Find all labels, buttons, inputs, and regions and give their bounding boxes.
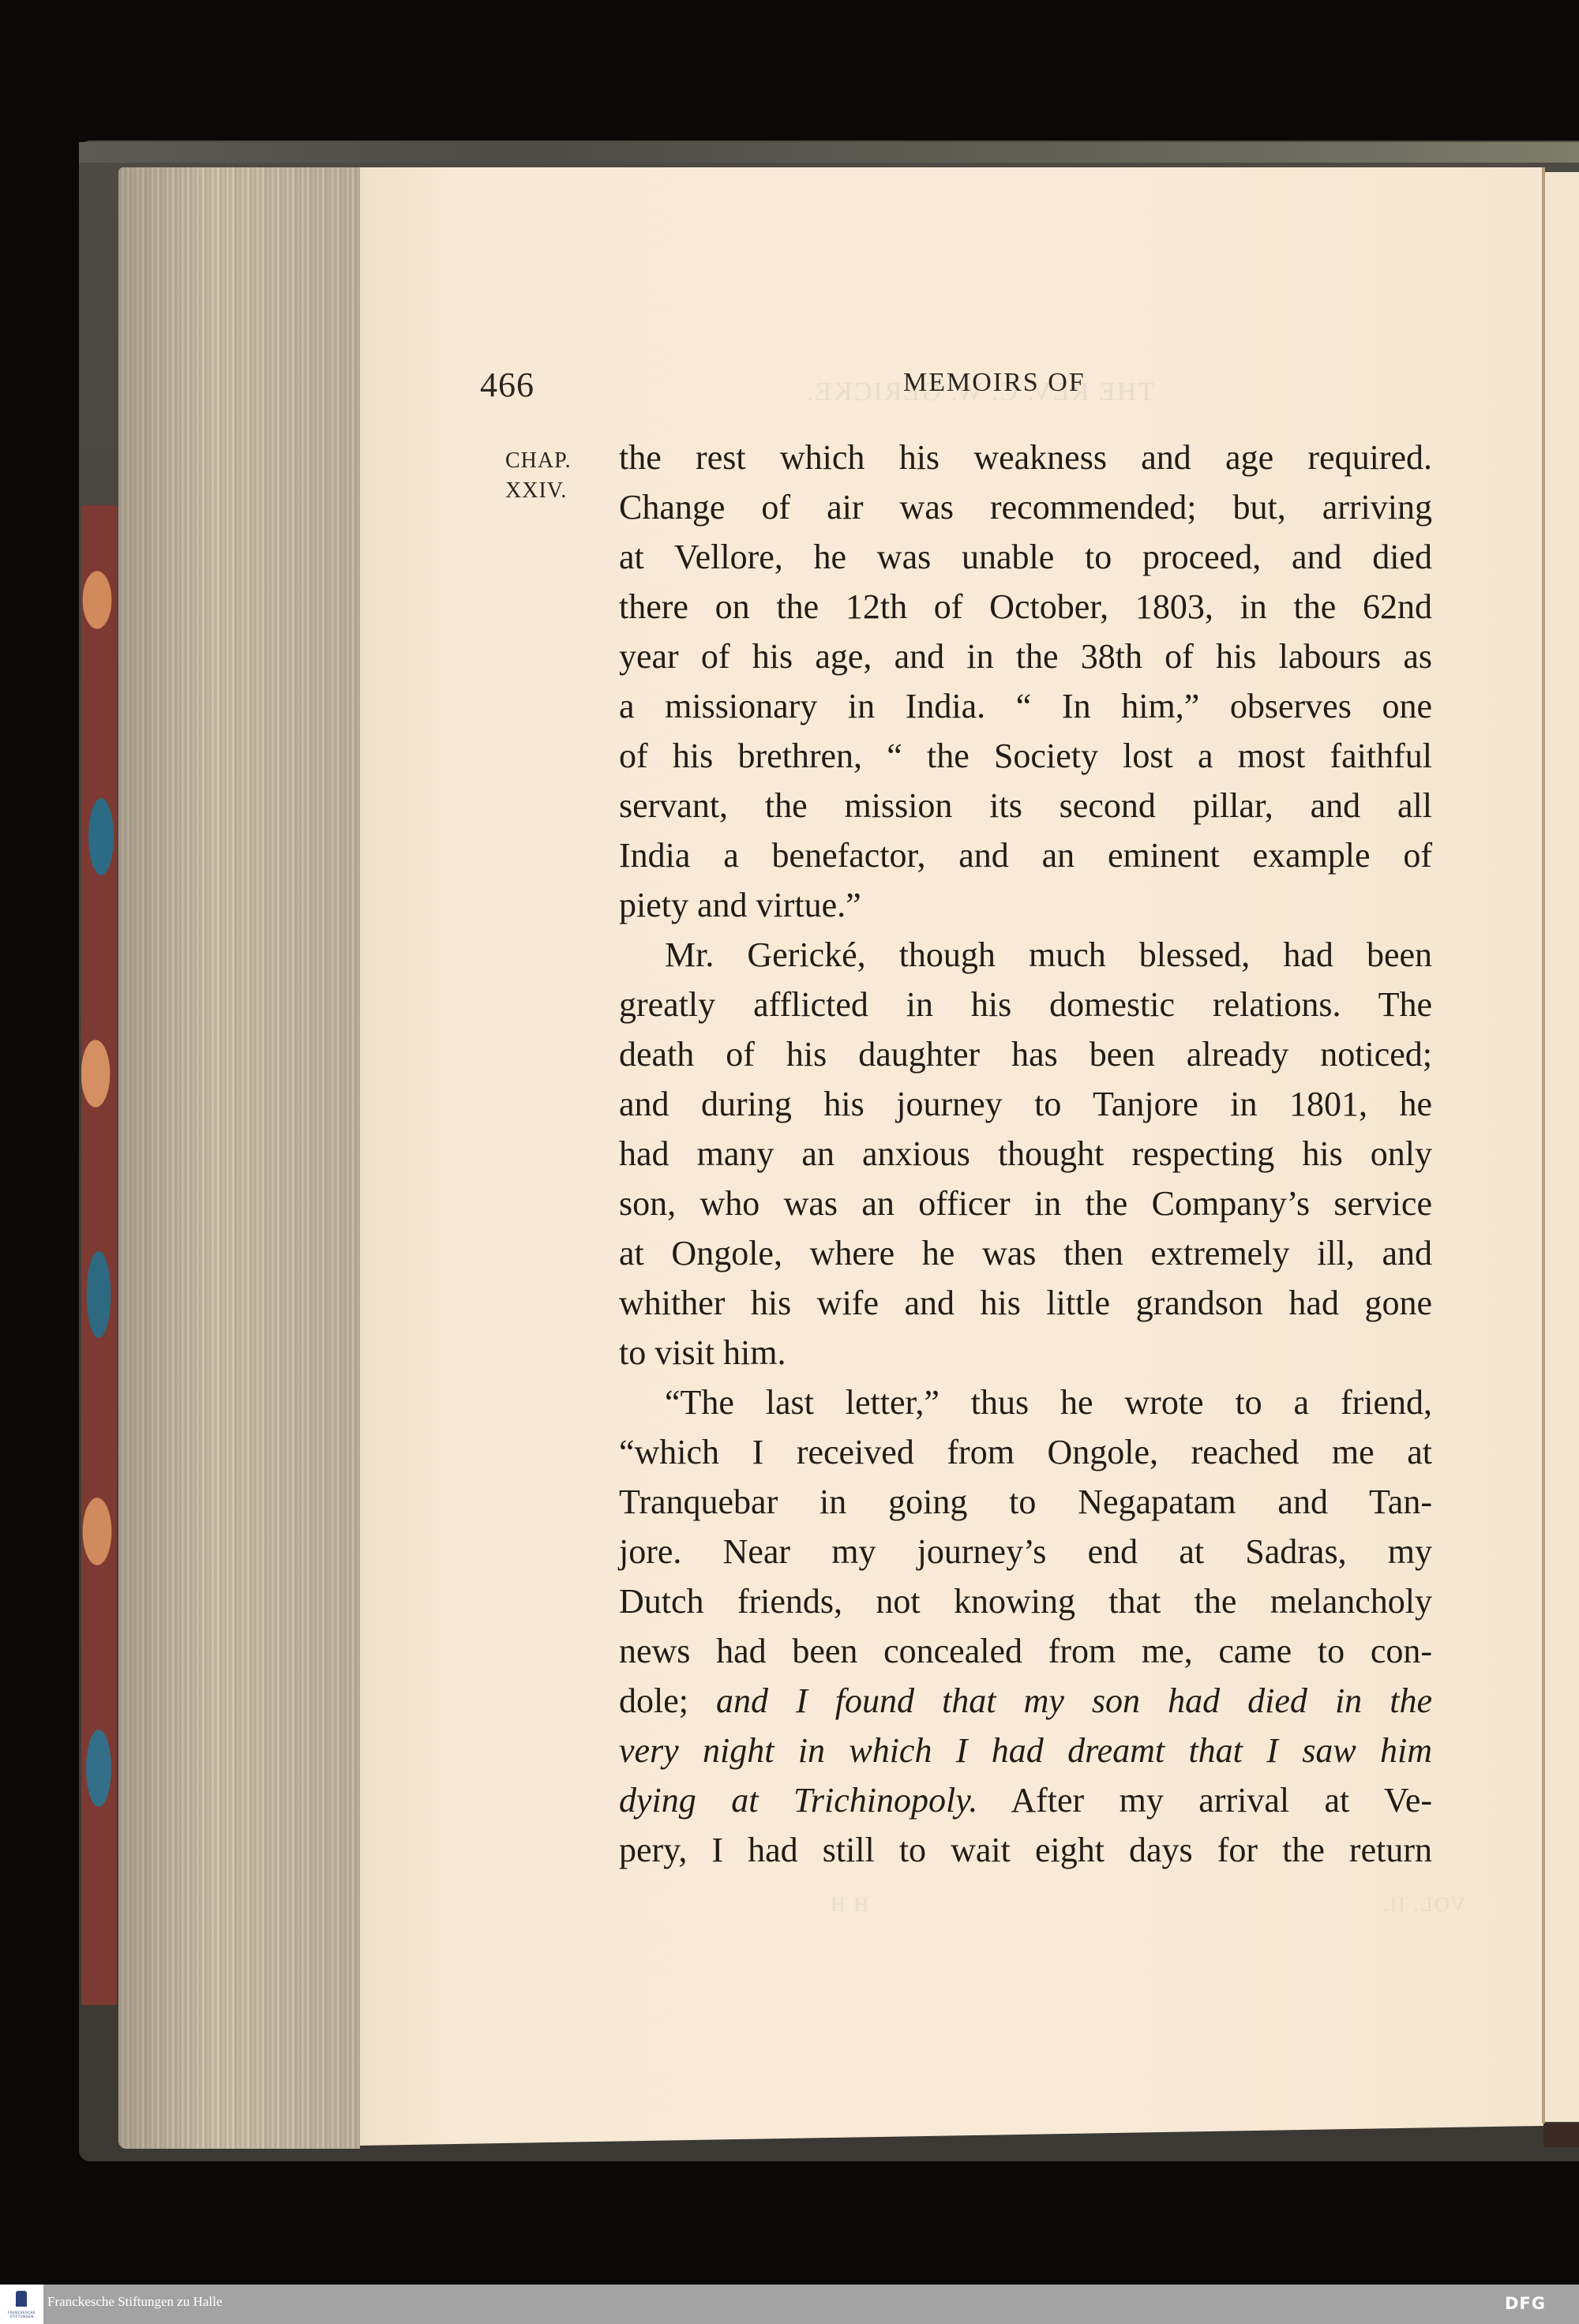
text-line: the rest which his weakness and age requ…	[619, 433, 1432, 482]
institution-name: Franckesche Stiftungen zu Halle	[47, 2294, 222, 2310]
text-line: there on the 12th of October, 1803, in t…	[619, 582, 1432, 632]
text-line-paragraph-start: “The last letter,” thus he wrote to a fr…	[619, 1378, 1432, 1427]
logo-figure-icon	[16, 2291, 27, 2307]
text-line: Change of air was recommended; but, arri…	[619, 482, 1432, 532]
text-line: news had been concealed from me, came to…	[619, 1626, 1432, 1676]
marbled-endpaper	[81, 505, 117, 2005]
text-line-final: pery, I had still to wait eight days for…	[619, 1825, 1432, 1875]
text-line: Dutch friends, not knowing that the mela…	[619, 1576, 1432, 1626]
text-line: greatly afflicted in his domestic relati…	[619, 980, 1432, 1029]
chapter-marginal-label: CHAP. XXIV.	[505, 446, 572, 506]
text-line: a missionary in India. “ In him,” observ…	[619, 681, 1432, 731]
dfg-logo[interactable]: DFG	[1505, 2294, 1546, 2313]
text-line: Tranquebar in going to Negapatam and Tan…	[619, 1477, 1432, 1527]
chapter-label-number: XXIV.	[505, 476, 572, 506]
text-line: at Vellore, he was unable to proceed, an…	[619, 532, 1432, 582]
text-line-paragraph-end: to visit him.	[619, 1328, 1432, 1378]
text-line: son, who was an officer in the Company’s…	[619, 1179, 1432, 1228]
text-line: death of his daughter has been already n…	[619, 1029, 1432, 1079]
text-line: “which I received from Ongole, reached m…	[619, 1427, 1432, 1477]
page-edges-shade	[118, 167, 360, 2149]
italic-run: dying at Trichinopoly.	[619, 1781, 977, 1820]
book-cover-top-edge	[79, 142, 1579, 163]
text-line: jore. Near my journey’s end at Sadras, m…	[619, 1527, 1432, 1576]
italic-run: and I found that my son had died in the	[716, 1681, 1432, 1720]
text-line-paragraph-end: piety and virtue.”	[619, 880, 1432, 930]
running-head: 466 MEMOIRS OF	[360, 365, 1544, 412]
text-line-paragraph-start: Mr. Gerické, though much blessed, had be…	[619, 930, 1432, 980]
text-line: whither his wife and his little grandson…	[619, 1278, 1432, 1328]
text-line-italic: very night in which I had dreamt that I …	[619, 1726, 1432, 1775]
page-number: 466	[480, 365, 534, 405]
facing-page-sliver	[1545, 172, 1579, 2122]
institution-logo[interactable]: FRANCKESCHE STIFTUNGEN	[0, 2285, 43, 2324]
text-line: and during his journey to Tanjore in 180…	[619, 1079, 1432, 1129]
text-line-mixed: dole; and I found that my son had died i…	[619, 1676, 1432, 1726]
text-line: year of his age, and in the 38th of his …	[619, 632, 1432, 681]
text-line: servant, the mission its second pillar, …	[619, 781, 1432, 830]
text-line-mixed: dying at Trichinopoly. After my arrival …	[619, 1775, 1432, 1825]
text-line: had many an anxious thought respecting h…	[619, 1129, 1432, 1179]
chapter-label-chap: CHAP.	[505, 446, 572, 476]
text-line: of his brethren, “ the Society lost a mo…	[619, 731, 1432, 781]
footer-bar: FRANCKESCHE STIFTUNGEN Franckesche Stift…	[0, 2285, 1579, 2324]
text-line: India a benefactor, and an eminent examp…	[619, 830, 1432, 880]
italic-run: very night in which I had dreamt that I …	[619, 1731, 1432, 1770]
facing-cover-corner	[1543, 2123, 1579, 2147]
roman-run: After my arrival at Ve-	[977, 1781, 1432, 1820]
logo-text: FRANCKESCHE STIFTUNGEN	[2, 2311, 42, 2318]
bleed-through-volume: VOL. II.	[1382, 1893, 1465, 1917]
running-head-title: MEMOIRS OF	[903, 368, 1086, 398]
body-text: the rest which his weakness and age requ…	[619, 433, 1432, 1875]
bleed-through-signature: H H	[829, 1893, 868, 1917]
roman-run: dole;	[619, 1681, 716, 1720]
text-line: at Ongole, where he was then extremely i…	[619, 1228, 1432, 1278]
